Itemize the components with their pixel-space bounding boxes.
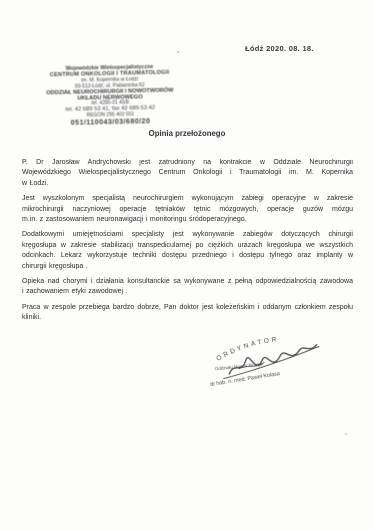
text-line: Wojewódzkiego Wielospecjalistycznego Cen… <box>22 168 353 178</box>
svg-text:ORDYNATOR: ORDYNATOR <box>214 336 281 363</box>
text-line: kliniki. <box>22 313 353 323</box>
text-line: Praca w zespole przebiega bardzo dobrze,… <box>22 303 353 313</box>
text-line: mikrochirurgii naczyniowej operacje tętn… <box>22 205 353 215</box>
text-line: chirurgii kręgosłupa . <box>22 262 353 272</box>
paragraph: Opieka nad chorymi i działania konsultan… <box>22 277 353 298</box>
stamp-doctor-name: dr hab. n. med. Paweł Kolasa <box>210 371 280 388</box>
scan-artifact <box>177 51 179 53</box>
text-line: Jest wyszkolonym specjalistą neurochirur… <box>22 194 353 204</box>
text-line: P. Dr Jarosław Andrychowski jest zatrudn… <box>22 158 353 168</box>
text-line: kręgosłupa w zakresie stabilizacji trans… <box>22 241 353 251</box>
text-line: Opieka nad chorymi i działania konsultan… <box>22 277 353 287</box>
text-line: odcinkach. Lekarz wykorzystuje techniki … <box>22 251 353 261</box>
city-date: Łódź 2020. 08. 18. <box>245 44 314 53</box>
page-title: Opinia przełożonego <box>0 129 374 138</box>
letter-body: P. Dr Jarosław Andrychowski jest zatrudn… <box>22 158 353 329</box>
paragraph: Jest wyszkolonym specjalistą neurochirur… <box>22 194 353 225</box>
paragraph: Praca w zespole przebiega bardzo dobrze,… <box>22 303 353 324</box>
text-line: m.in. z zastosowaniem neuronawigacji i m… <box>22 215 353 225</box>
letterhead-stamp: Wojewódzkie Wielospecjalistyczne CENTRUM… <box>35 64 184 127</box>
paragraph: Dodatkowymi umiejętnościami specjalisty … <box>22 230 353 272</box>
ordynator-arc-text: ORDYNATOR <box>214 336 281 363</box>
scan-artifact <box>345 433 347 435</box>
text-line: Dodatkowymi umiejętnościami specjalisty … <box>22 230 353 240</box>
signature-stamp: ORDYNATOR Oddziału Neurochirurgii dr hab… <box>191 321 342 400</box>
scanned-letter-page: Łódź 2020. 08. 18. Wojewódzkie Wielospec… <box>0 0 374 530</box>
paragraph: P. Dr Jarosław Andrychowski jest zatrudn… <box>22 158 353 189</box>
reference-number: 051/110043/03/680/20 <box>71 119 151 127</box>
text-line: i zachowaniem etyki zawodowej . <box>22 287 353 297</box>
text-line: w Łodzi. <box>22 179 353 189</box>
